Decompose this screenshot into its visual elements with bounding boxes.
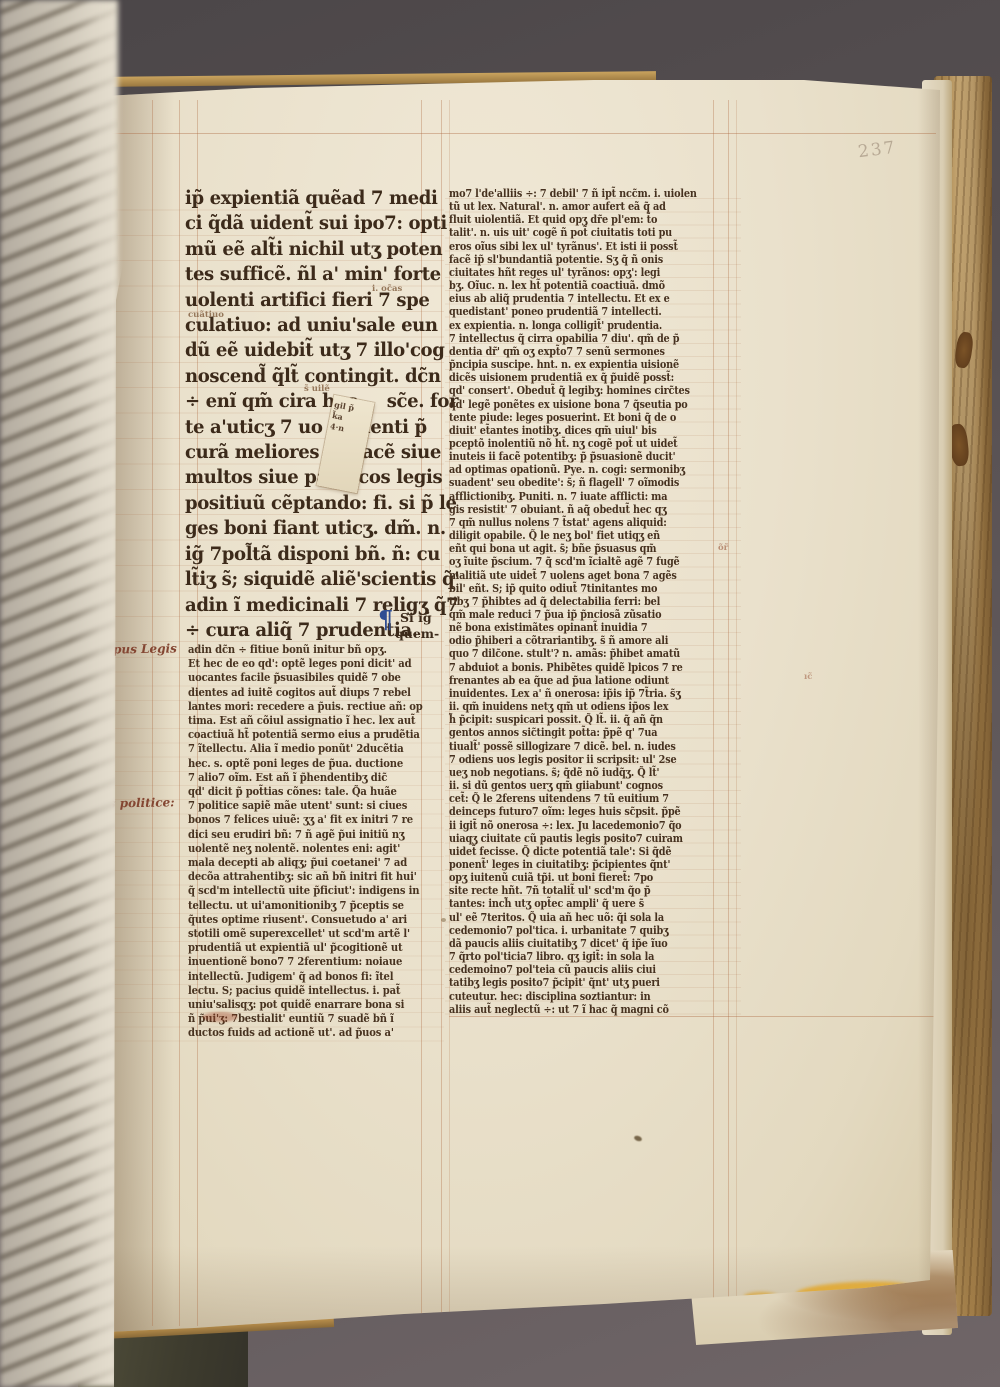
text-line: ad optimas opationũ. Pye. n. cogi: sermo… — [449, 463, 722, 476]
text-line: positiuũ cẽptando: fi. si p̃ le — [185, 491, 470, 516]
text-line: inuidentes. Lex a' ñ onerosa: ip̃is ip̃ … — [449, 687, 722, 700]
text-line: decõa attrahentibʒ: sic añ bñ initri fit… — [188, 869, 458, 883]
text-line: ponent̃' leges in ciuitatibʒ: p̃cipiente… — [449, 858, 722, 871]
text-line: ip̃ expientiã quẽad 7 medi — [185, 186, 470, 211]
text-line: gentos annos sic̃tingit pot̃ta: p̃pẽ q' … — [449, 726, 722, 739]
text-line: bil' eñt. S; ip̃ quito odiut̃ 7tinitante… — [449, 582, 722, 595]
marginal-note-opus-legis: opus Legis — [105, 641, 177, 656]
text-line: tente piude: leges posuerint. Et boni q̃… — [449, 411, 722, 424]
text-line: dientes ad iuitẽ cogitos aut̃ diups 7 re… — [188, 685, 458, 699]
text-line: 7 abduiot a bonis. Phibẽtes quidẽ lpicos… — [449, 661, 722, 674]
text-line: 7 odiens uos legis positor ii scripsit: … — [449, 753, 722, 766]
speck — [441, 918, 446, 922]
text-line: tantes: inch̃ utʒ opt̃ec ampli' q̃ uere … — [449, 897, 722, 910]
text-line: nẽ bona existimãtes opinant̃ inuidia 7 — [449, 621, 722, 634]
text-line: tibʒ 7 p̃hibtes ad q̃ delectabilia ferri… — [449, 595, 722, 608]
text-line: 7 politice sapiẽ mãe utent' sunt: si ciu… — [188, 798, 458, 812]
text-line: ueʒ nob negotians. s̃; q̃dẽ nõ iudq̃ʒ. Q… — [449, 766, 722, 779]
ruled-line-horizontal — [449, 1016, 937, 1017]
text-line: qm̃ male reduci 7 p̃ua ip̃ p̃nciosã zũsa… — [449, 608, 722, 621]
text-line: oʒ ĩuite p̃scium. 7 q̃ scd'm ĩcialtẽ agẽ… — [449, 555, 722, 568]
text-line: ductos fuids ad actionẽ ut'. ad p̃uos a' — [188, 1025, 458, 1039]
text-line: frenantes ab ea q̃ue ad p̃ua latione odi… — [449, 674, 722, 687]
text-line: lt̃iʒ s̃; siquidẽ aliẽ'scientis q̃' — [185, 567, 470, 592]
text-line: adin dc̃n ÷ fitiue bonũ initur bñ opʒ. — [188, 642, 458, 656]
text-line: qd' dicit p̃ pot̃tias cõnes: tale. Q̃a h… — [188, 784, 458, 798]
text-line: coactiuã ht̃ potentiã sermo eius a prudẽ… — [188, 727, 458, 741]
manuscript-page: ip̃ expientiã quẽad 7 medici q̃dã uident… — [104, 76, 944, 1336]
text-line: ii. si dũ gentos uerʒ qm̃ giiabunt' cogn… — [449, 779, 722, 792]
text-line: q̃utes optime riusent'. Consuetudo a' ar… — [188, 912, 458, 926]
text-line: aliis aut̃ neglectũ ÷: ut 7 ĩ hac q̃ mag… — [449, 1003, 722, 1016]
text-line: ig̃ 7pol̃tã disponi bñ. ñ: cu — [185, 542, 470, 567]
text-line: qd' legẽ ponẽtes ex uisione bona 7 q̃seu… — [449, 398, 722, 411]
text-line: cet̃: Q̃ le 2ferens uitendens 7 tũ euiti… — [449, 792, 722, 805]
text-line: 7 alio7 oĩm. Est añ ĩ p̃hendentibʒ dic̃ — [188, 770, 458, 784]
text-line: uidet̃ fecisse. Q̃ dicte potentiã tale':… — [449, 845, 722, 858]
text-line: 7 q̃rto pol'ticia7 libro. qʒ igit̃: in s… — [449, 950, 722, 963]
text-line: 7 qm̃ nullus nolens 7 t̃stat' agens aliq… — [449, 516, 722, 529]
text-line: uocantes facile p̃suasibiles quidẽ 7 obe — [188, 670, 458, 684]
manuscript-photo: ip̃ expientiã quẽad 7 medici q̃dã uident… — [0, 0, 1000, 1387]
text-line: p̃ncipia suscipe. hnt. n. ex expientia u… — [449, 358, 722, 371]
blue-paragraph-mark: ¶ — [378, 608, 393, 632]
interlinear-gloss: s̃ uilẽ — [304, 384, 330, 394]
text-line: tima. Est añ cõiul assignatio ĩ hec. lex… — [188, 713, 458, 727]
speck — [633, 1135, 642, 1142]
text-line: quedistant' poneo prudentiã 7 intellecti… — [449, 305, 722, 318]
text-line: fluit uiolentiã. Et quid opʒ dr̃e pl'em:… — [449, 213, 722, 226]
text-line: eros oĩus sibi lex ul' tyrãnus'. Et isti… — [449, 240, 722, 253]
text-line: pceptõ inolentiũ nõ ht̃. nʒ cogẽ pot̃ ut… — [449, 437, 722, 450]
text-line: stotili omẽ superexcellet' ut scd'm artẽ… — [188, 926, 458, 940]
text-line: ex expientia. n. longa colligit̃' pruden… — [449, 319, 722, 332]
text-line: uolenti artifici fieri 7 spe — [185, 288, 470, 313]
text-line: talit'. n. uis uit' cogẽ ñ pot̃ ciuitati… — [449, 226, 722, 239]
text-line: culatiuo: ad uniu'sale eun — [185, 313, 470, 338]
text-line: ii igit̃ nõ onerosa ÷: lex. Ju lacedemon… — [449, 819, 722, 832]
text-line: malitiã ute uidet̃ 7 uolens aget bona 7 … — [449, 569, 722, 582]
text-line: afflictionibʒ. Puniti. n. 7 iuate afflic… — [449, 490, 722, 503]
text-line: qd' consert'. Obedut̃ q̃ legibʒ: homines… — [449, 384, 722, 397]
text-line: intellectũ. Judigem' q̃ ad bonos fi: ĩte… — [188, 969, 458, 983]
text-line: Et hec de eo qd': optẽ leges poni dicit'… — [188, 656, 458, 670]
pilcrow-word: Si ig̃ — [400, 610, 432, 625]
text-line: mala decepti ab aliqʒ; p̃ui coetanei' 7 … — [188, 855, 458, 869]
interlinear-gloss: i. oc̃as — [372, 284, 402, 294]
text-line: quo 7 dilc̃one. stult'? n. amãs: p̃hibet… — [449, 647, 722, 660]
text-line: suadent' seu obedite': s̃; ñ flagell' 7 … — [449, 476, 722, 489]
text-line: prudentiã ut expientiã ul' p̃cogitionẽ u… — [188, 940, 458, 954]
interlinear-gloss: cuãtiuo — [188, 310, 224, 320]
text-line: uiaqʒ ciuitate cũ pautis legis posito7 c… — [449, 832, 722, 845]
text-line: bʒ. Oĩuc. n. lex ht̃ potentiã coactiuã. … — [449, 279, 722, 292]
text-line: inuteis ii facẽ potentibʒ: p̃ p̃suasionẽ… — [449, 450, 722, 463]
text-line: q̃ scd'm intellectũ uite p̃ficiut': indi… — [188, 883, 458, 897]
text-line: gis resistit' 7 obuiant. ñ aq̃ obedut̃ h… — [449, 503, 722, 516]
text-line: eius ab aliq̃ prudentia 7 intellectu. Et… — [449, 292, 722, 305]
text-column-2: mo7 l'de'alliis ÷: 7 debil' 7 ñ ipt̃ ncc… — [449, 187, 759, 1016]
text-line: diligit opabile. Q̃ le neʒ bol' fiet uti… — [449, 529, 722, 542]
ruled-line-vertical — [179, 100, 180, 1326]
text-line: mũ eẽ alt̃i nichil utʒ poten — [185, 237, 470, 262]
text-line: facẽ ip̃ sl'bundantiã potentie. Sʒ q̃ ñ … — [449, 253, 722, 266]
text-line: tiualt̃' possẽ sillogizare 7 dicẽ. bel. … — [449, 740, 722, 753]
text-line: dicẽs uisionem prudentiã ex q̃ p̃uidẽ po… — [449, 371, 722, 384]
facing-page-blurred-text — [0, 0, 118, 1387]
text-line: dentia dr̃' qm̃ oʒ expt̃o7 7 senũ sermon… — [449, 345, 722, 358]
text-line: dici seu erudiri bñ: 7 ñ agẽ p̃ui initiũ… — [188, 827, 458, 841]
text-line: cedemoino7 pol'teia cũ paucis aliis ciui — [449, 963, 722, 976]
text-line: opʒ iuitenũ cuiã tp̃i. ut boni fieret̃: … — [449, 871, 722, 884]
text-line: ciuitates hñt reges ul' tyrãnos: opʒ': l… — [449, 266, 722, 279]
text-line: cedemonio7 pol'tica. i. urbanitate 7 qui… — [449, 924, 722, 937]
text-line: inuentionẽ bono7 7 2ferentium: noiaue — [188, 954, 458, 968]
text-line: tũ ut lex. Natural'. n. amor aufert eã q… — [449, 200, 722, 213]
margin-mark: õr̃ — [718, 543, 728, 553]
text-line: odio p̃hiberi a cõtrariantibʒ. s̃ ñ amor… — [449, 634, 722, 647]
text-line: ul' eẽ 7teritos. Q̃ uia añ hec uõ: q̃i s… — [449, 911, 722, 924]
text-line: ges boni fiant uticʒ. dm̃. n. — [185, 516, 470, 541]
ruled-line-horizontal — [112, 133, 936, 134]
text-line: lantes mori: recedere a p̃uis. rectiue a… — [188, 699, 458, 713]
red-ink-smudge — [202, 1012, 238, 1022]
text-line: 7 intellectus q̃ cirra opabilia 7 diu'. … — [449, 332, 722, 345]
text-line: lectu. S; pacius quidẽ intellectus. i. p… — [188, 983, 458, 997]
text-line: dã paucis aliis ciuitatibʒ 7 dicet' q̃ i… — [449, 937, 722, 950]
text-line: 7 ĩtellectu. Alia ĩ medio ponũt' 2ducẽti… — [188, 741, 458, 755]
text-line: ci q̃dã uident̃ sui ipo7: opti — [185, 211, 470, 236]
text-line: tatibʒ legis posito7 p̃cipit' q̃nt' utʒ … — [449, 976, 722, 989]
folio-number: 237 — [857, 138, 898, 163]
text-line: uolentẽ neʒ nolentẽ. nolentes eni: agit' — [188, 841, 458, 855]
text-line: ii. qm̃ inuidens netʒ qm̃ ut odiens ip̃o… — [449, 700, 722, 713]
text-line: tellectu. ut ui'amonitionibʒ 7 p̃ceptis … — [188, 898, 458, 912]
text-line: uniu'salisqʒ: pot quidẽ enarrare bona si — [188, 997, 458, 1011]
text-line: deinceps futuro7 oĩm: leges huis sc̃psit… — [449, 805, 722, 818]
text-line: dũ eẽ uidebit̃ utʒ 7 illo'cog — [185, 338, 470, 363]
text-line: h̃ p̃cipit: suspicari possit. Q̃ lt̃. ii… — [449, 713, 722, 726]
text-line: cuteutur. hec: disciplina soztiantur: in — [449, 990, 722, 1003]
text-line: diuit' et̃antes inotibʒ. dices qm̃ uiul'… — [449, 424, 722, 437]
text-line: eñt qui bona ut agit. s̃; bñe p̃suasus q… — [449, 542, 722, 555]
text-line: mo7 l'de'alliis ÷: 7 debil' 7 ñ ipt̃ ncc… — [449, 187, 722, 200]
text-line: bonos 7 felices uiuẽ: ʒʒ a' fit ex initr… — [188, 812, 458, 826]
margin-mark: ıc̃ — [804, 672, 812, 682]
text-line: site recte hñt. 7ñ totalit̃ ul' scd'm q̃… — [449, 884, 722, 897]
ruled-line-vertical — [152, 100, 153, 1326]
text-line: tes sufficẽ. ñl a' min' forte — [185, 262, 470, 287]
pilcrow-word: quem- — [395, 626, 439, 641]
text-line: hec. s. optẽ poni leges de p̃ua. duction… — [188, 756, 458, 770]
